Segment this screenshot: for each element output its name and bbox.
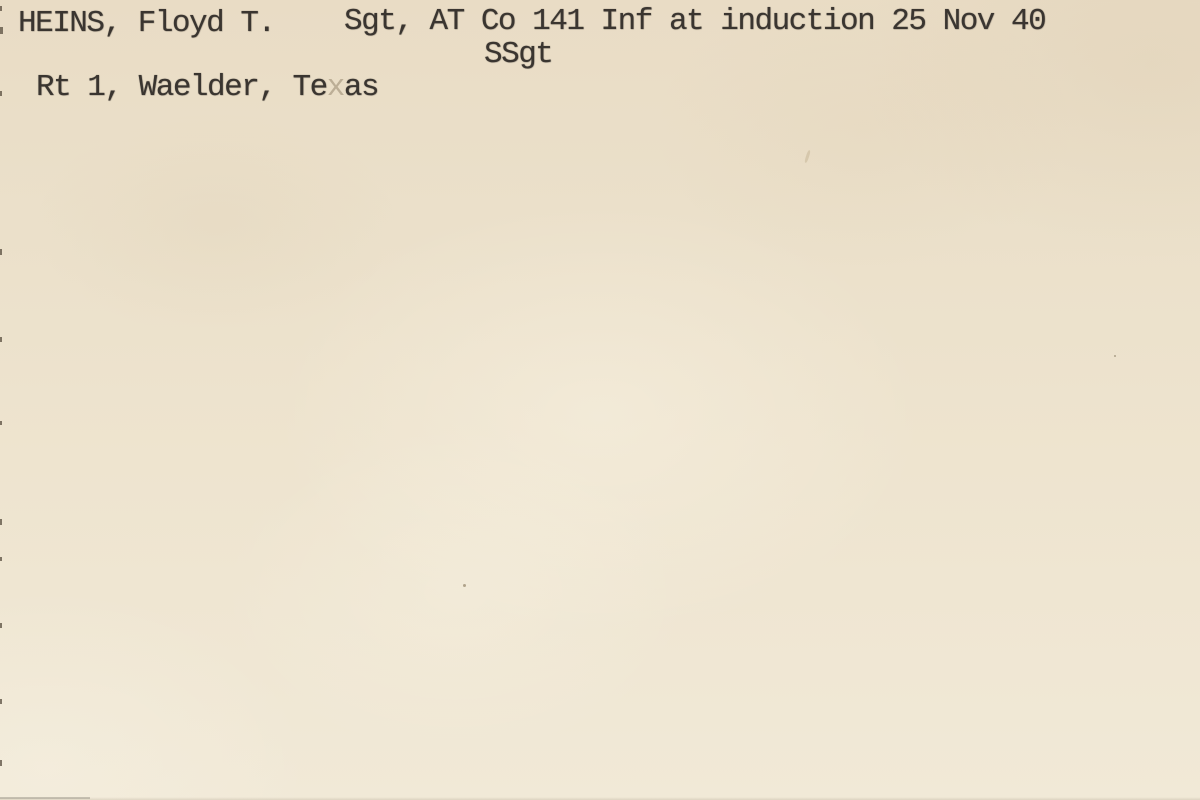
scan-edge-speck [0, 623, 2, 628]
index-card: HEINS, Floyd T. Sgt, AT Co 141 Inf at in… [0, 0, 1200, 800]
card-address-part1: Rt 1, Waelder, Te [36, 70, 327, 105]
scan-edge-bottom-left [0, 797, 90, 799]
scan-edge-speck [0, 337, 2, 342]
scan-edge-speck [0, 27, 3, 34]
card-name-line: HEINS, Floyd T. [18, 8, 275, 39]
card-address-line: Rt 1, Waelder, Texas [36, 72, 378, 103]
scan-edge-speck [0, 91, 2, 96]
card-address-part2: as [344, 70, 378, 105]
card-promotion-line: SSgt [484, 39, 552, 70]
paper-speck [1114, 355, 1116, 357]
paper-fiber [804, 150, 811, 163]
card-service-record-line: Sgt, AT Co 141 Inf at induction 25 Nov 4… [344, 6, 1045, 37]
scan-edge-speck [0, 557, 2, 561]
scan-edge-speck [0, 699, 2, 704]
scan-edge-speck [0, 760, 2, 766]
scan-edge-speck [0, 6, 2, 11]
scan-edge-speck [0, 249, 2, 255]
scan-edge-speck [0, 519, 2, 525]
paper-speck [463, 584, 466, 587]
card-address-faint-char: x [327, 70, 344, 105]
scan-edge-speck [0, 421, 2, 425]
